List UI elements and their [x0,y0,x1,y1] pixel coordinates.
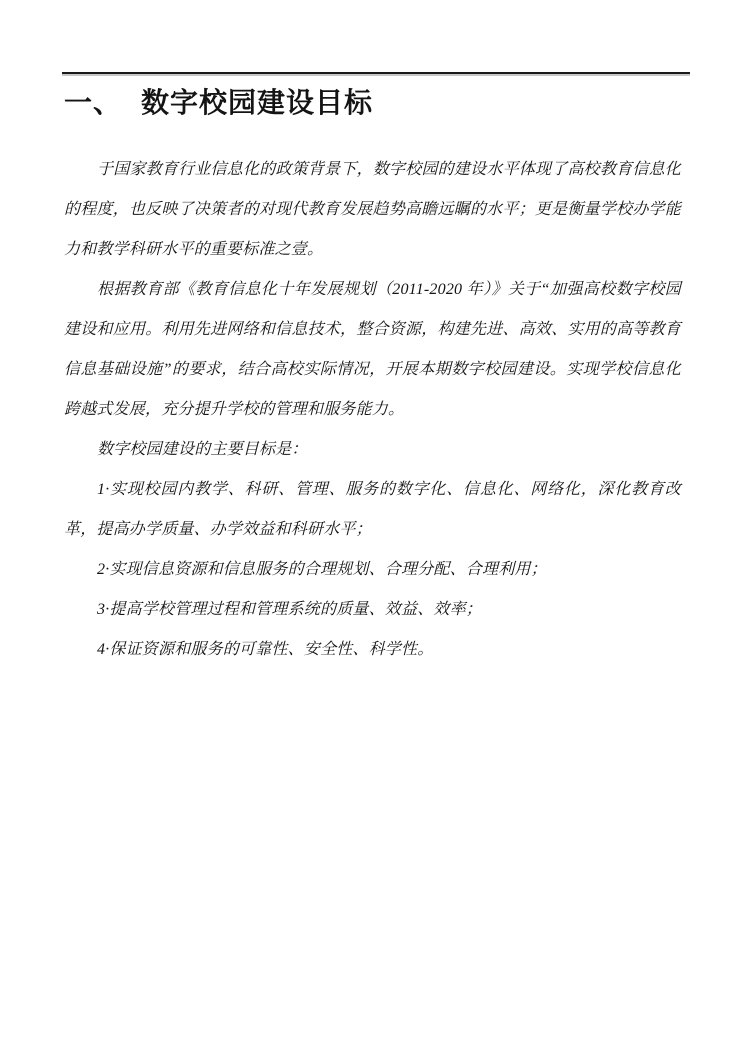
section-heading: 一、数字校园建设目标 [64,86,373,122]
header-rule [62,72,690,74]
document-body: 于国家教育行业信息化的政策背景下，数字校园的建设水平体现了高校教育信息化的程度，… [64,150,681,670]
goal-item-3: 3·提高学校管理过程和管理系统的质量、效益、效率； [64,590,681,630]
paragraph-intro: 于国家教育行业信息化的政策背景下，数字校园的建设水平体现了高校教育信息化的程度，… [64,150,681,270]
document-page: 一、数字校园建设目标 于国家教育行业信息化的政策背景下，数字校园的建设水平体现了… [0,0,744,1052]
paragraph-goals-lead: 数字校园建设的主要目标是： [64,430,681,470]
paragraph-policy: 根据教育部《教育信息化十年发展规划（2011-2020 年）》关于“加强高校数字… [64,270,681,430]
goal-item-2: 2·实现信息资源和信息服务的合理规划、合理分配、合理利用； [64,550,681,590]
goal-item-1: 1·实现校园内教学、科研、管理、服务的数字化、信息化、网络化，深化教育改革，提高… [64,470,681,550]
section-title: 数字校园建设目标 [141,88,373,119]
section-number: 一、 [64,86,122,122]
goal-item-4: 4·保证资源和服务的可靠性、安全性、科学性。 [64,630,681,670]
